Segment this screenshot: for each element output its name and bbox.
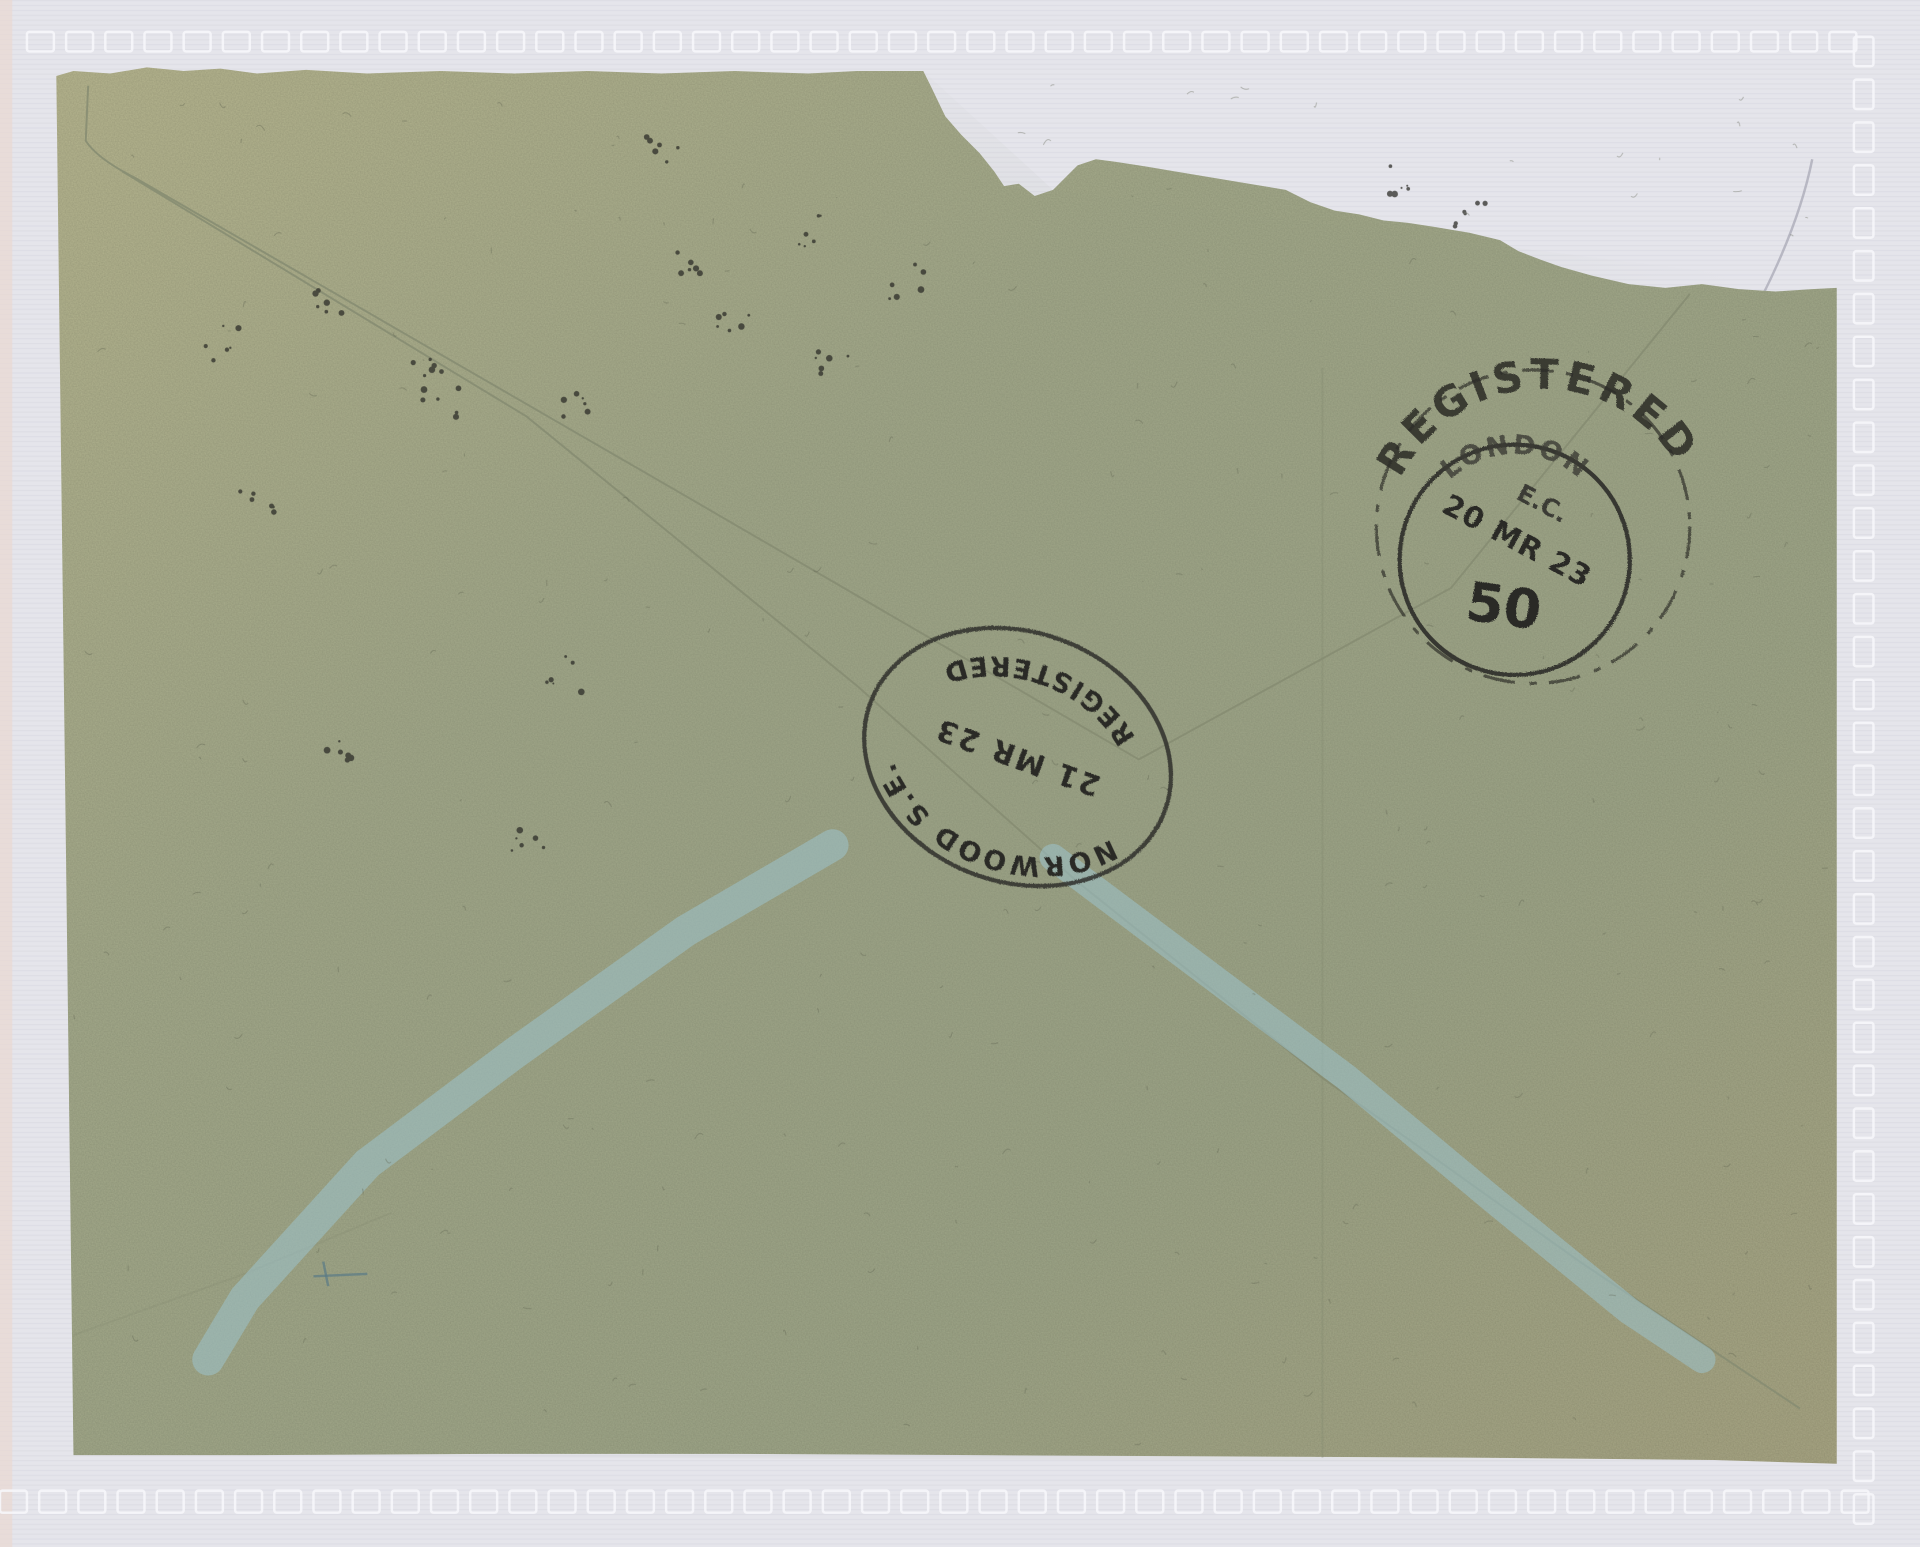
london-postmark-office-number: 50	[1462, 570, 1545, 643]
sleeve-left-edge	[0, 0, 12, 1547]
envelope-scene: NORWOOD S.E. REGISTERED 21 MR 23 REGISTE…	[0, 0, 1920, 1547]
photo-stage: NORWOOD S.E. REGISTERED 21 MR 23 REGISTE…	[0, 0, 1920, 1547]
